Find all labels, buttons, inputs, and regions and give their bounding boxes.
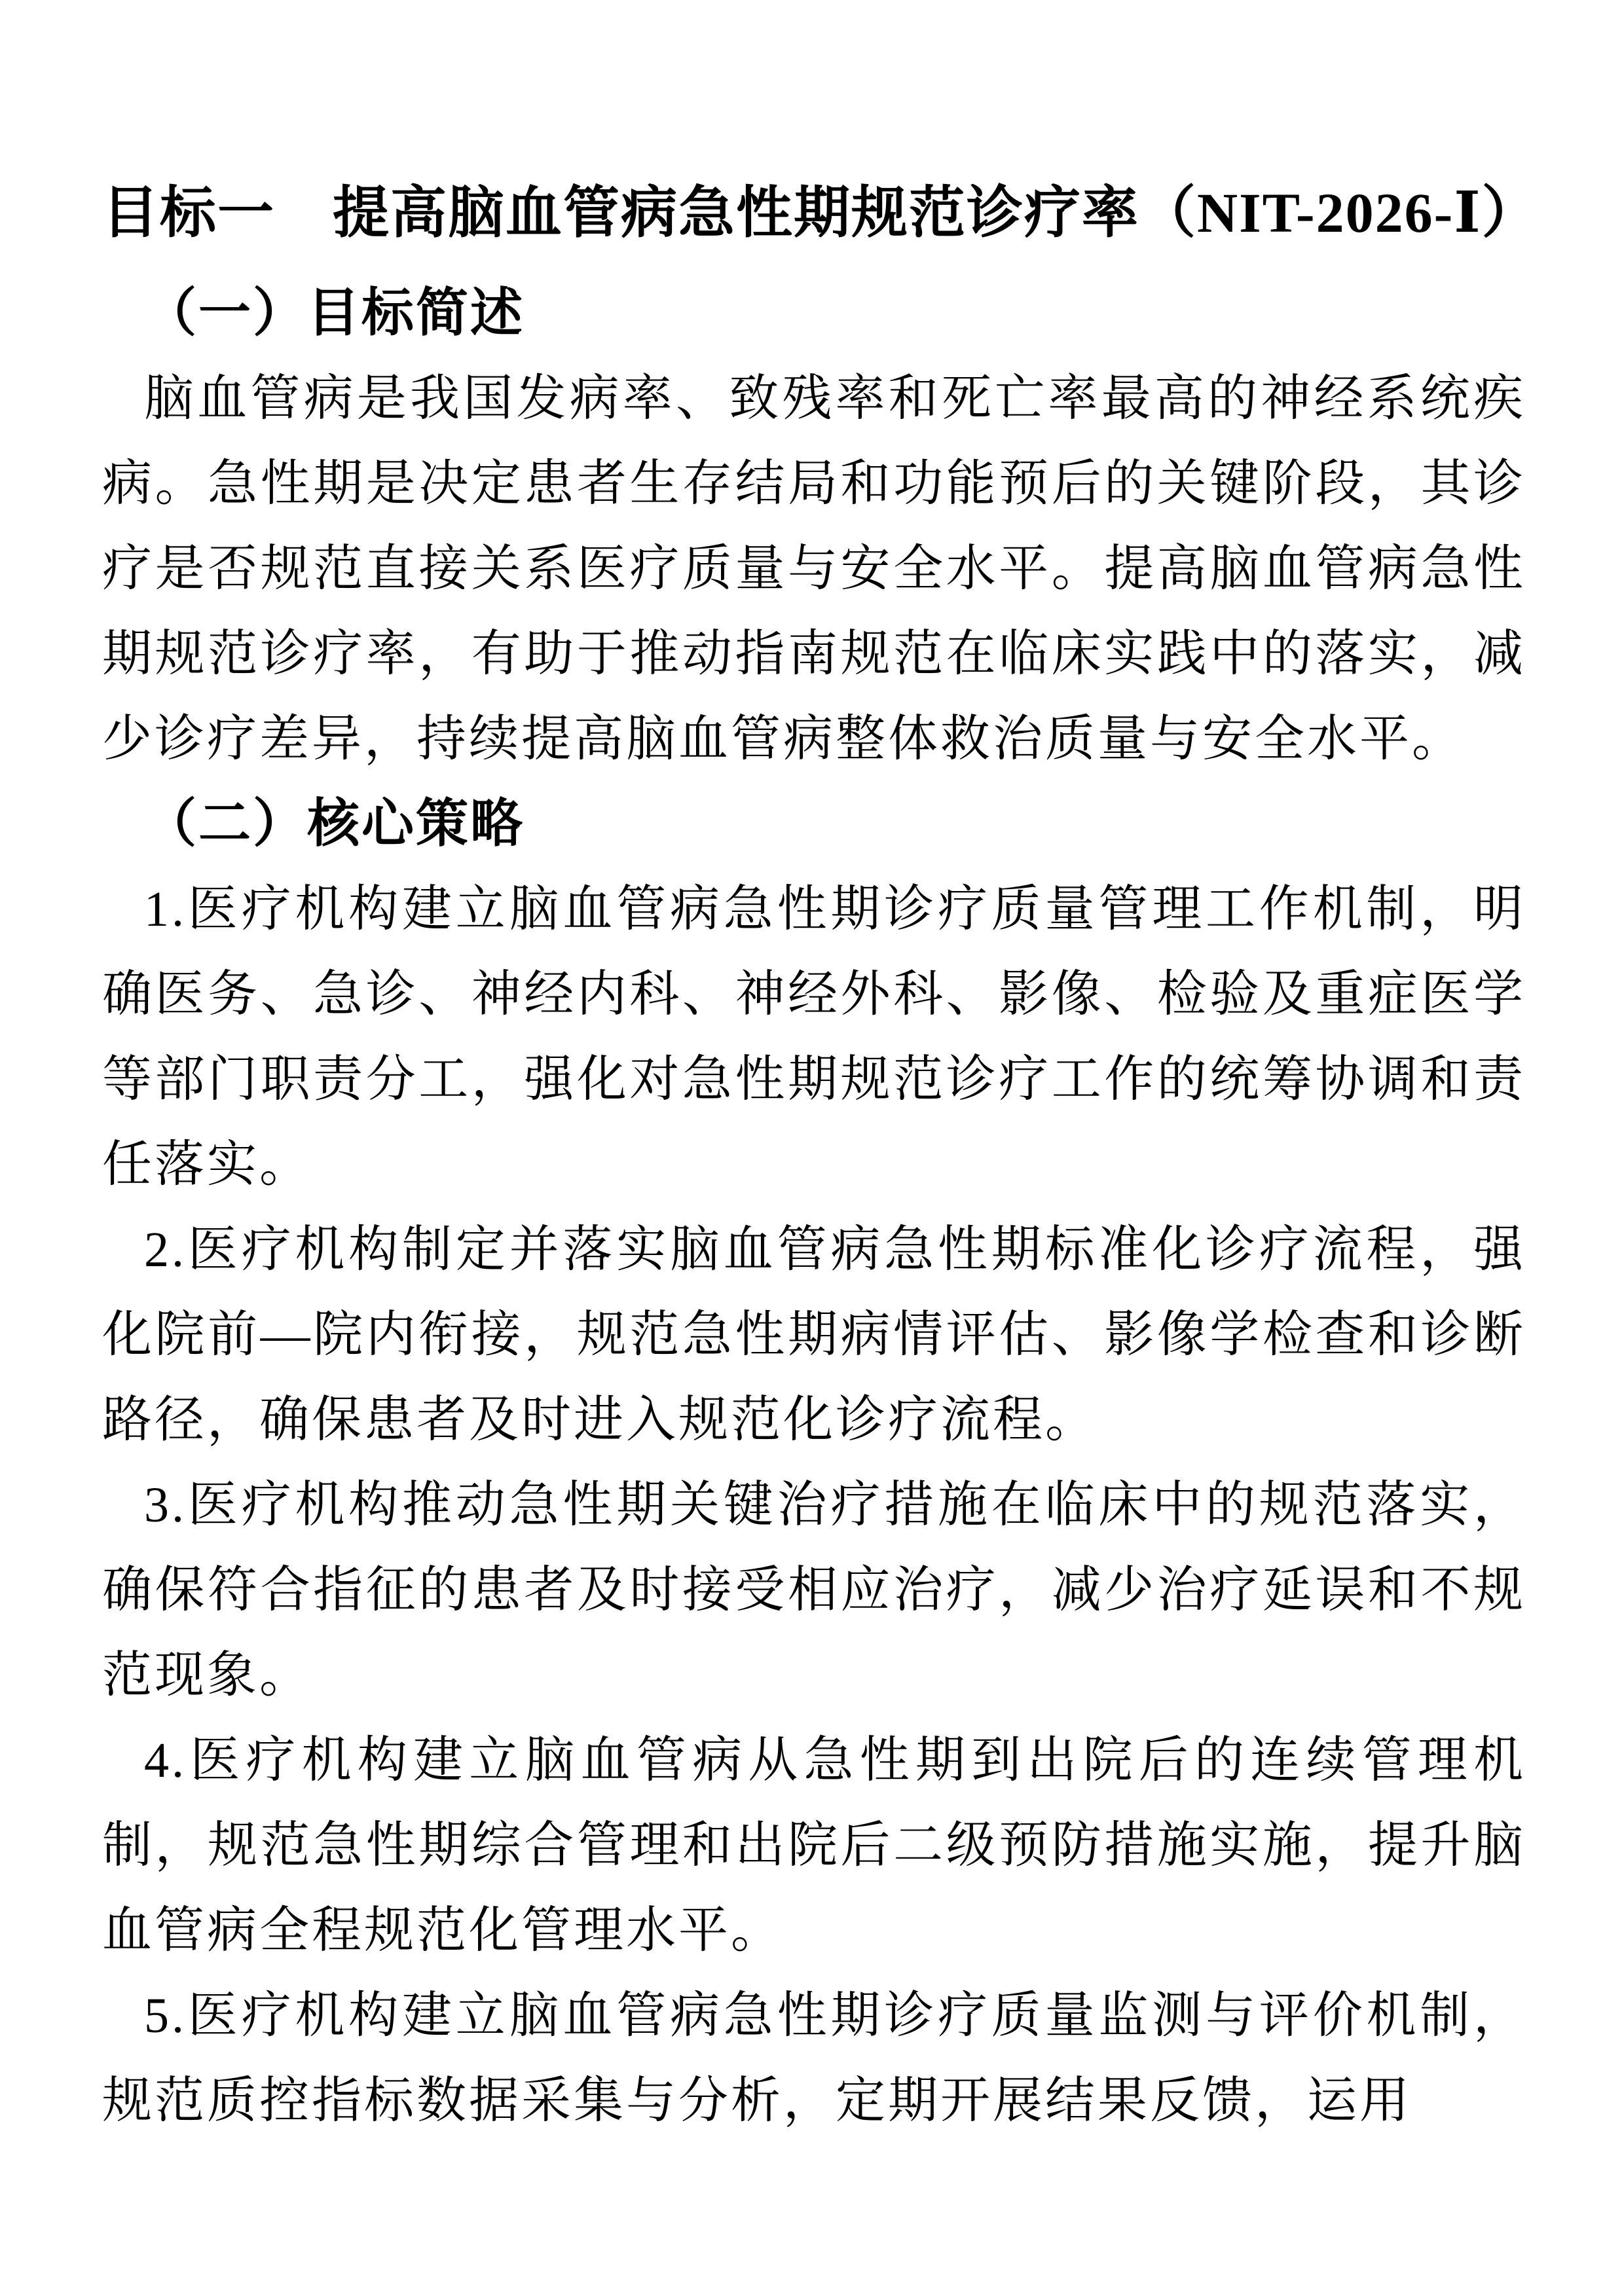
- strategy-item-3: 3.医疗机构推动急性期关键治疗措施在临床中的规范落实，确保符合指征的患者及时接受…: [102, 1463, 1526, 1718]
- section-1-heading: （一）目标简述: [102, 271, 1526, 356]
- section-1-paragraph: 脑血管病是我国发病率、致残率和死亡率最高的神经系统疾病。急性期是决定患者生存结局…: [102, 356, 1526, 782]
- strategy-item-4: 4.医疗机构建立脑血管病从急性期到出院后的连续管理机制，规范急性期综合管理和出院…: [102, 1718, 1526, 1973]
- document-page: 目标一 提高脑血管病急性期规范诊疗率（NIT-2026-Ⅰ） （一）目标简述 脑…: [0, 0, 1624, 2296]
- strategy-item-2: 2.医疗机构制定并落实脑血管病急性期标准化诊疗流程，强化院前—院内衔接，规范急性…: [102, 1207, 1526, 1463]
- section-2-heading: （二）核心策略: [102, 782, 1526, 867]
- strategy-item-5: 5.医疗机构建立脑血管病急性期诊疗质量监测与评价机制，规范质控指标数据采集与分析…: [102, 1973, 1526, 2143]
- document-title: 目标一 提高脑血管病急性期规范诊疗率（NIT-2026-Ⅰ）: [102, 164, 1526, 262]
- strategy-item-1: 1.医疗机构建立脑血管病急性期诊疗质量管理工作机制，明确医务、急诊、神经内科、神…: [102, 867, 1526, 1207]
